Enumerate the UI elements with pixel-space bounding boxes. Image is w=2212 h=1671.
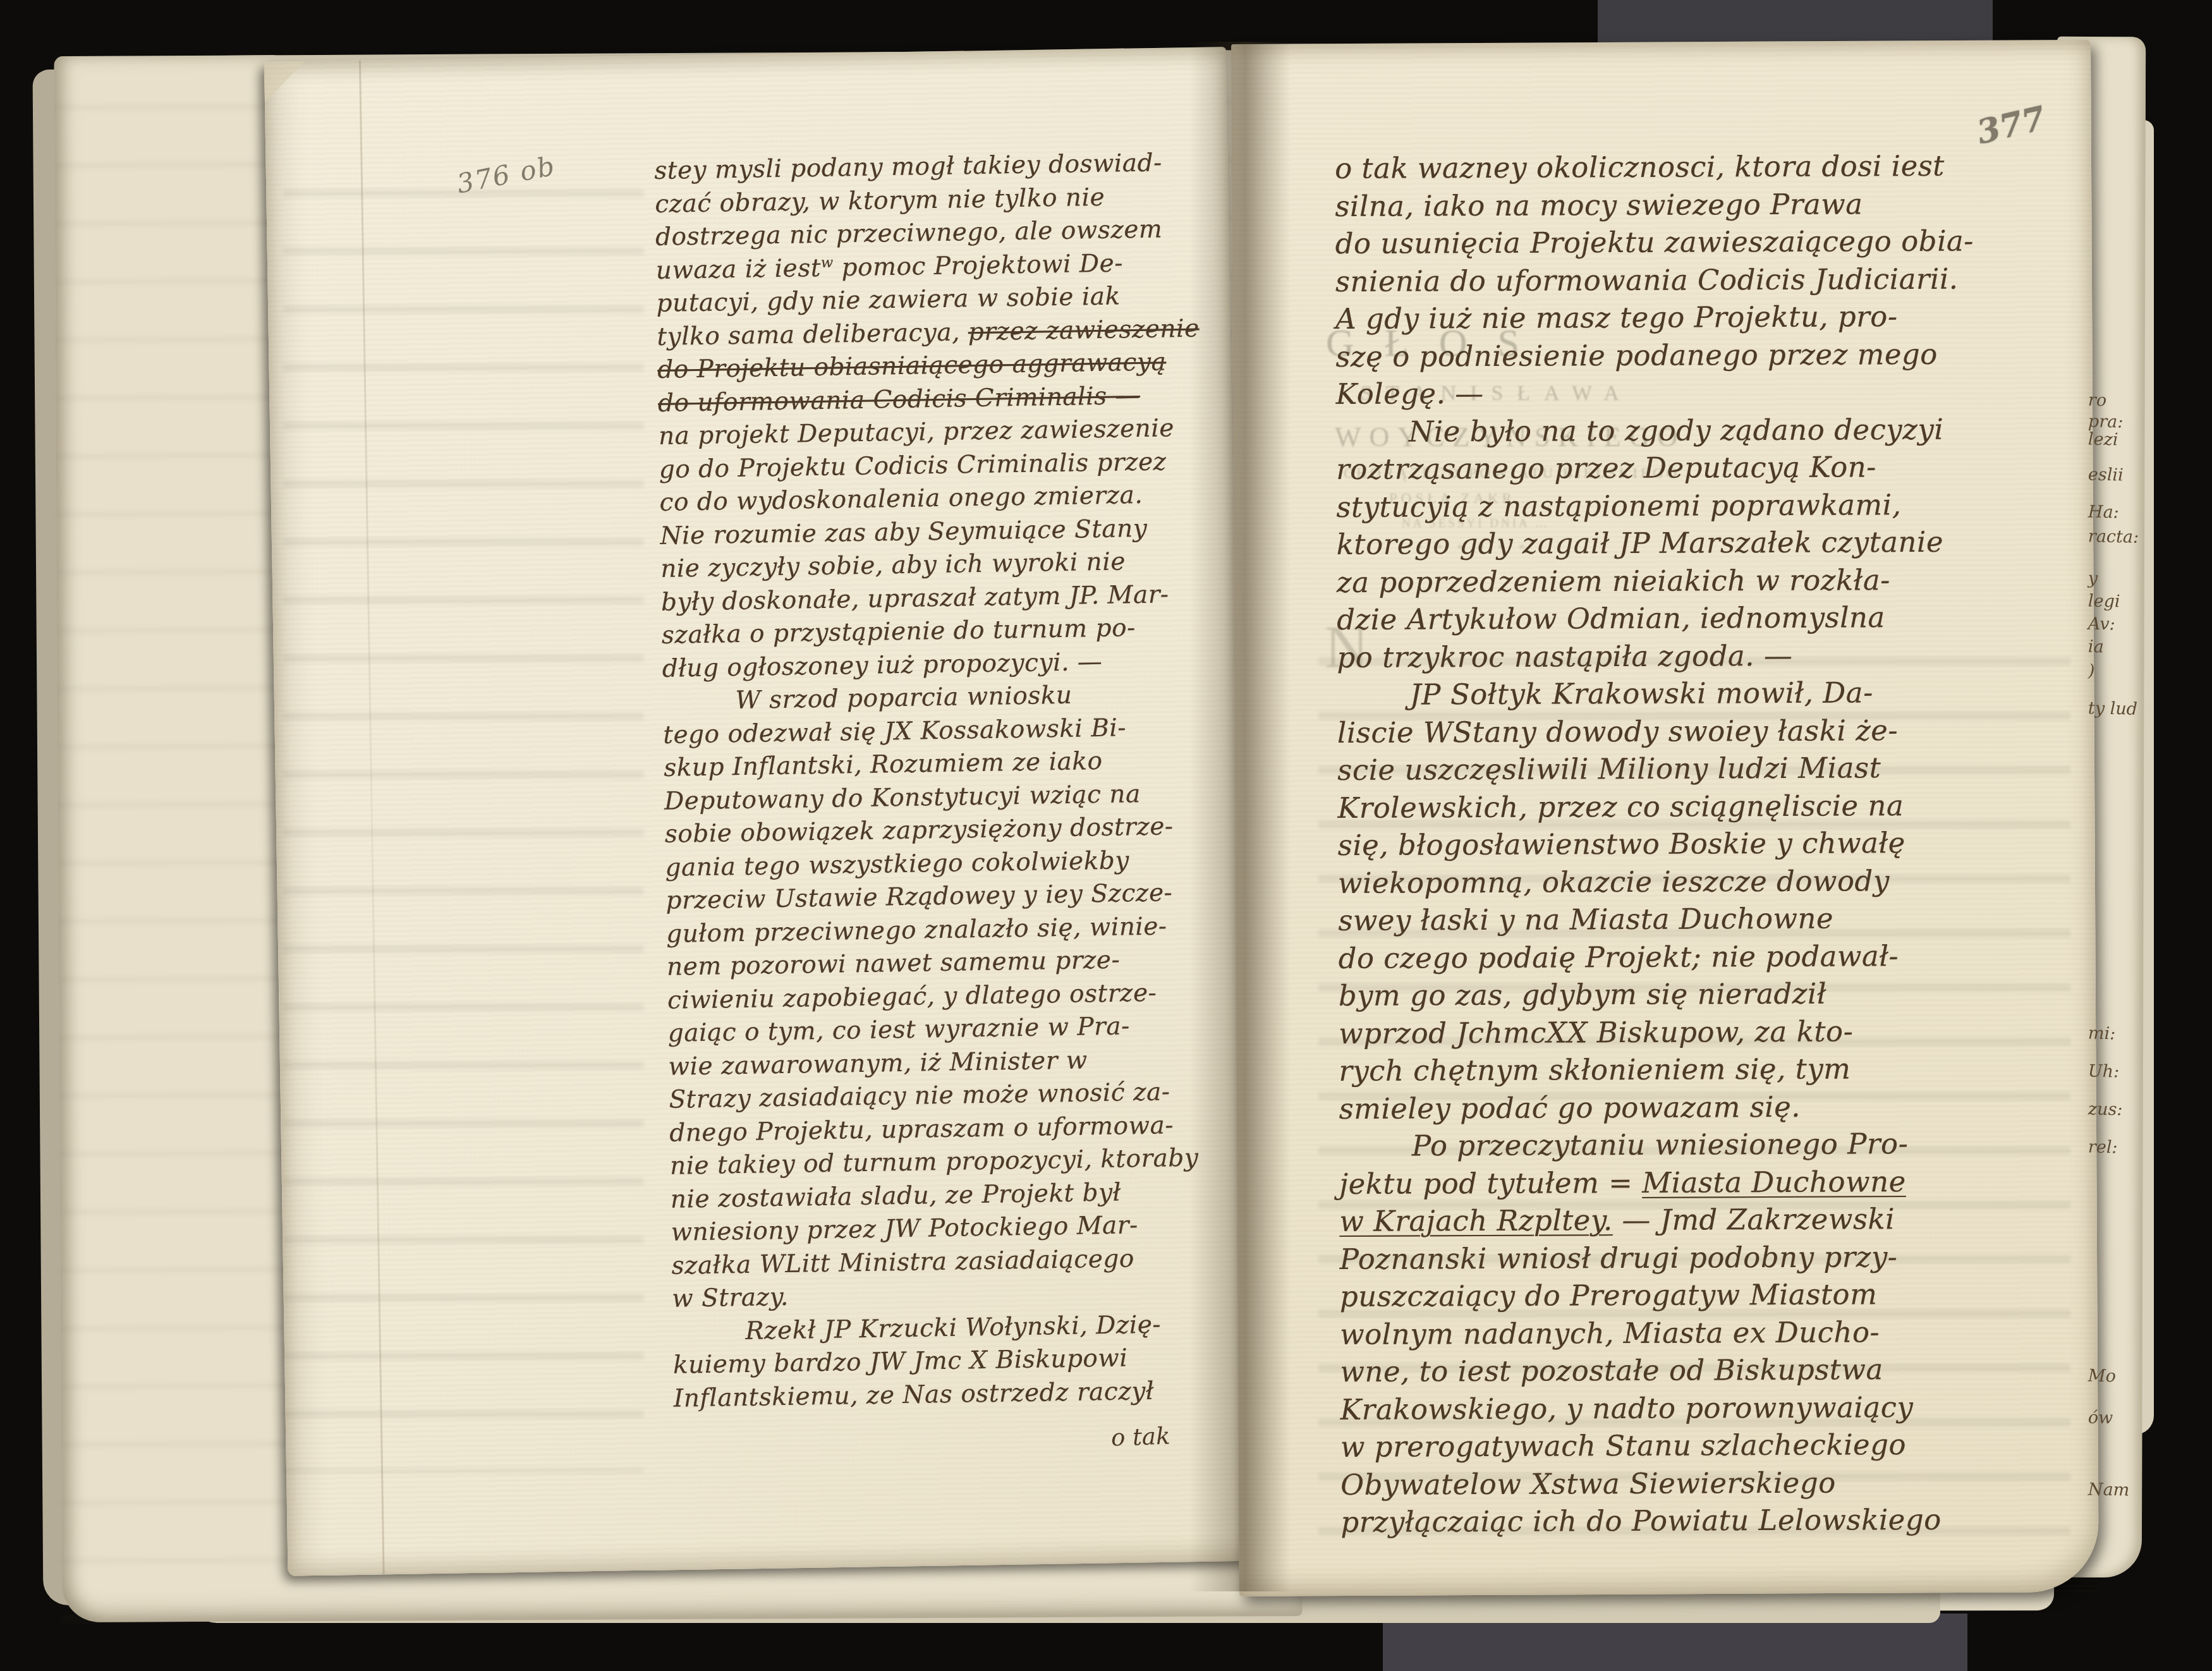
manuscript-line: Krolewskich, przez co sciągnęliscie na bbox=[1337, 787, 2102, 829]
manuscript-text-segment: się, błogosławienstwo Boskie y chwałę bbox=[1338, 826, 1905, 862]
manuscript-line: do czego podaię Projekt; nie podawał- bbox=[1338, 938, 2103, 979]
manuscript-text-segment: puszczaiący do Prerogatyw Miastom bbox=[1340, 1277, 1878, 1313]
manuscript-text-segment: szę o podniesienie podanego przez mego bbox=[1335, 337, 1938, 373]
manuscript-text-segment: przez zawieszenie bbox=[968, 314, 1199, 346]
manuscript-line: dzie Artykułow Odmian, iednomyslna bbox=[1337, 600, 2101, 641]
manuscript-text-segment: Poznanski wniosł drugi podobny przy- bbox=[1340, 1240, 1898, 1276]
manuscript-text-segment: A gdy iuż nie masz tego Projektu, pro- bbox=[1335, 300, 1898, 336]
manuscript-text-segment: Obywatelow Xstwa Siewierskiego bbox=[1340, 1466, 1836, 1501]
manuscript-text-segment: — Jmd Zakrzewski bbox=[1613, 1202, 1895, 1237]
manuscript-line: przyłączaiąc ich do Powiatu Lelowskiego bbox=[1340, 1502, 2105, 1543]
manuscript-text-segment: swey łaski y na Miasta Duchowne bbox=[1338, 902, 1833, 937]
manuscript-text-segment: skup Inflantski, Rozumiem ze iako bbox=[664, 747, 1103, 782]
manuscript-line: scie uszczęsliwili Miliony ludzi Miast bbox=[1337, 750, 2102, 791]
manuscript-text-segment: Kolegę. — bbox=[1336, 377, 1484, 411]
fold-crease bbox=[359, 61, 385, 1575]
manuscript-line: w Krajach Rzpltey. — Jmd Zakrzewski bbox=[1339, 1201, 2104, 1243]
manuscript-text-segment: jektu pod tytułem = bbox=[1339, 1165, 1642, 1200]
manuscript-text-segment: roztrząsanego przez Deputacyą Kon- bbox=[1336, 450, 1876, 486]
manuscript-line: ktorego gdy zagaił JP Marszałek czytanie bbox=[1337, 525, 2101, 566]
manuscript-line: jektu pod tytułem = Miasta Duchowne bbox=[1339, 1164, 2104, 1205]
manuscript-text-segment: w Strazy. bbox=[672, 1283, 789, 1313]
manuscript-line: Krakowskiego, y nadto porownywaiący bbox=[1340, 1389, 2105, 1430]
manuscript-text-segment: smieley podać go powazam się. bbox=[1339, 1090, 1801, 1125]
manuscript-line: A gdy iuż nie masz tego Projektu, pro- bbox=[1335, 299, 2100, 340]
handwritten-text-left-page: stey mysli podany mogł takiey doswiad-cz… bbox=[654, 148, 1217, 1417]
manuscript-line: się, błogosławienstwo Boskie y chwałę bbox=[1338, 825, 2103, 866]
manuscript-line: rych chętnym skłonieniem się, tym bbox=[1339, 1051, 2103, 1092]
manuscript-line: stytucyią z nastąpionemi poprawkami, bbox=[1336, 487, 2101, 528]
manuscript-line: wiekopomną, okazcie ieszcze dowody bbox=[1338, 863, 2103, 904]
manuscript-line: silna, iako na mocy swiezego Prawa bbox=[1335, 186, 2100, 227]
manuscript-line: wolnym nadanych, Miasta ex Ducho- bbox=[1340, 1314, 2105, 1355]
manuscript-text-segment: do usunięcia Projektu zawieszaiącego obi… bbox=[1335, 224, 1974, 260]
manuscript-text-segment: wie zawarowanym, iż Minister w bbox=[668, 1046, 1088, 1081]
manuscript-text-segment: tylko sama deliberacya, bbox=[657, 318, 968, 351]
manuscript-line: w prerogatywach Stanu szlacheckiego bbox=[1340, 1427, 2105, 1468]
scanned-book-opening: GŁOS STANISŁAWA WOYCZYNSKIEGO CHORĄZEGO … bbox=[0, 0, 2212, 1671]
manuscript-text-segment: wolnym nadanych, Miasta ex Ducho- bbox=[1340, 1315, 1880, 1351]
manuscript-text-segment: uwaza iż iest bbox=[655, 253, 821, 284]
manuscript-line: Kolegę. — bbox=[1336, 374, 2101, 415]
manuscript-text-segment: wne, to iest pozostałe od Biskupstwa bbox=[1340, 1352, 1883, 1388]
manuscript-line: roztrząsanego przez Deputacyą Kon- bbox=[1336, 449, 2101, 490]
manuscript-text-segment: dzie Artykułow Odmian, iednomyslna bbox=[1337, 600, 1885, 636]
manuscript-line: smieley podać go powazam się. bbox=[1339, 1088, 2103, 1129]
manuscript-text-segment: liscie WStany dowody swoiey łaski że- bbox=[1337, 714, 1898, 750]
manuscript-text-segment: pomoc Projektowi De- bbox=[833, 249, 1123, 282]
manuscript-text-segment: snienia do uformowania Codicis Judiciari… bbox=[1335, 262, 1959, 298]
manuscript-text-segment: wiekopomną, okazcie ieszcze dowody bbox=[1338, 864, 1890, 900]
manuscript-text-segment: W srzod poparcia wniosku bbox=[735, 681, 1073, 715]
manuscript-text-segment: wprzod JchmcXX Biskupow, za kto- bbox=[1339, 1014, 1853, 1050]
manuscript-line: Nie było na to zgody ządano decyzyi bbox=[1336, 411, 2101, 453]
manuscript-line: Obywatelow Xstwa Siewierskiego bbox=[1340, 1464, 2105, 1505]
catchword: o tak bbox=[1110, 1422, 1170, 1451]
manuscript-text-segment: Po przeczytaniu wniesionego Pro- bbox=[1412, 1127, 1909, 1162]
manuscript-text-segment: Krakowskiego, y nadto porownywaiący bbox=[1340, 1390, 1914, 1426]
manuscript-text-segment: Miasta Duchowne bbox=[1642, 1165, 1906, 1200]
manuscript-line: za poprzedzeniem nieiakich w rozkła- bbox=[1337, 562, 2101, 603]
manuscript-line: wprzod JchmcXX Biskupow, za kto- bbox=[1339, 1013, 2103, 1054]
manuscript-line: po trzykroc nastąpiła zgoda. — bbox=[1337, 637, 2101, 678]
folded-corner bbox=[264, 61, 305, 102]
manuscript-line: snienia do uformowania Codicis Judiciari… bbox=[1335, 261, 2100, 302]
manuscript-text-segment: po trzykroc nastąpiła zgoda. — bbox=[1337, 638, 1792, 674]
manuscript-line: swey łaski y na Miasta Duchowne bbox=[1338, 901, 2103, 942]
manuscript-text-segment: JP Sołtyk Krakowski mowił, Da- bbox=[1410, 676, 1873, 711]
manuscript-line: wne, to iest pozostałe od Biskupstwa bbox=[1340, 1352, 2105, 1393]
handwritten-text-right-page: o tak wazney okolicznosci, ktora dosi ie… bbox=[1335, 149, 2106, 1543]
manuscript-text-segment: bym go zas, gdybym się nieradził bbox=[1339, 977, 1826, 1012]
manuscript-text-segment: w Krajach Rzpltey. bbox=[1339, 1203, 1613, 1238]
manuscript-text-segment: Krolewskich, przez co sciągnęliscie na bbox=[1337, 789, 1904, 825]
manuscript-text-segment: Nie było na to zgody ządano decyzyi bbox=[1409, 412, 1944, 448]
manuscript-text-segment: dług ogłoszoney iuż propozycyi. — bbox=[662, 647, 1102, 683]
manuscript-text-segment: rych chętnym skłonieniem się, tym bbox=[1339, 1052, 1850, 1088]
manuscript-text-segment: Rzekł JP Krzucki Wołynski, Dzię- bbox=[745, 1310, 1162, 1345]
manuscript-text-segment: do czego podaię Projekt; nie podawał- bbox=[1338, 939, 1899, 975]
manuscript-text-segment: o tak wazney okolicznosci, ktora dosi ie… bbox=[1335, 149, 1945, 185]
manuscript-text-segment: stytucyią z nastąpionemi poprawkami, bbox=[1336, 488, 1901, 524]
manuscript-line: Poznanski wniosł drugi podobny przy- bbox=[1340, 1239, 2105, 1280]
manuscript-line: liscie WStany dowody swoiey łaski że- bbox=[1337, 712, 2102, 753]
manuscript-text-segment: za poprzedzeniem nieiakich w rozkła- bbox=[1337, 563, 1890, 599]
manuscript-line: Po przeczytaniu wniesionego Pro- bbox=[1339, 1126, 2104, 1167]
manuscript-text-segment: scie uszczęsliwili Miliony ludzi Miast bbox=[1337, 751, 1881, 787]
manuscript-line: JP Sołtyk Krakowski mowił, Da- bbox=[1337, 675, 2102, 716]
manuscript-text-segment: ktorego gdy zagaił JP Marszałek czytanie bbox=[1337, 525, 1944, 561]
manuscript-line: o tak wazney okolicznosci, ktora dosi ie… bbox=[1335, 149, 2100, 190]
manuscript-text-segment: w prerogatywach Stanu szlacheckiego bbox=[1340, 1428, 1906, 1464]
manuscript-text-segment: silna, iako na mocy swiezego Prawa bbox=[1335, 187, 1863, 223]
manuscript-line: bym go zas, gdybym się nieradził bbox=[1339, 976, 2103, 1017]
manuscript-line: do usunięcia Projektu zawieszaiącego obi… bbox=[1335, 224, 2100, 265]
manuscript-text-segment: w bbox=[821, 254, 834, 270]
manuscript-line: puszczaiący do Prerogatyw Miastom bbox=[1340, 1277, 2105, 1318]
manuscript-text-segment: przyłączaiąc ich do Powiatu Lelowskiego bbox=[1340, 1503, 1942, 1539]
manuscript-line: szę o podniesienie podanego przez mego bbox=[1335, 336, 2100, 377]
